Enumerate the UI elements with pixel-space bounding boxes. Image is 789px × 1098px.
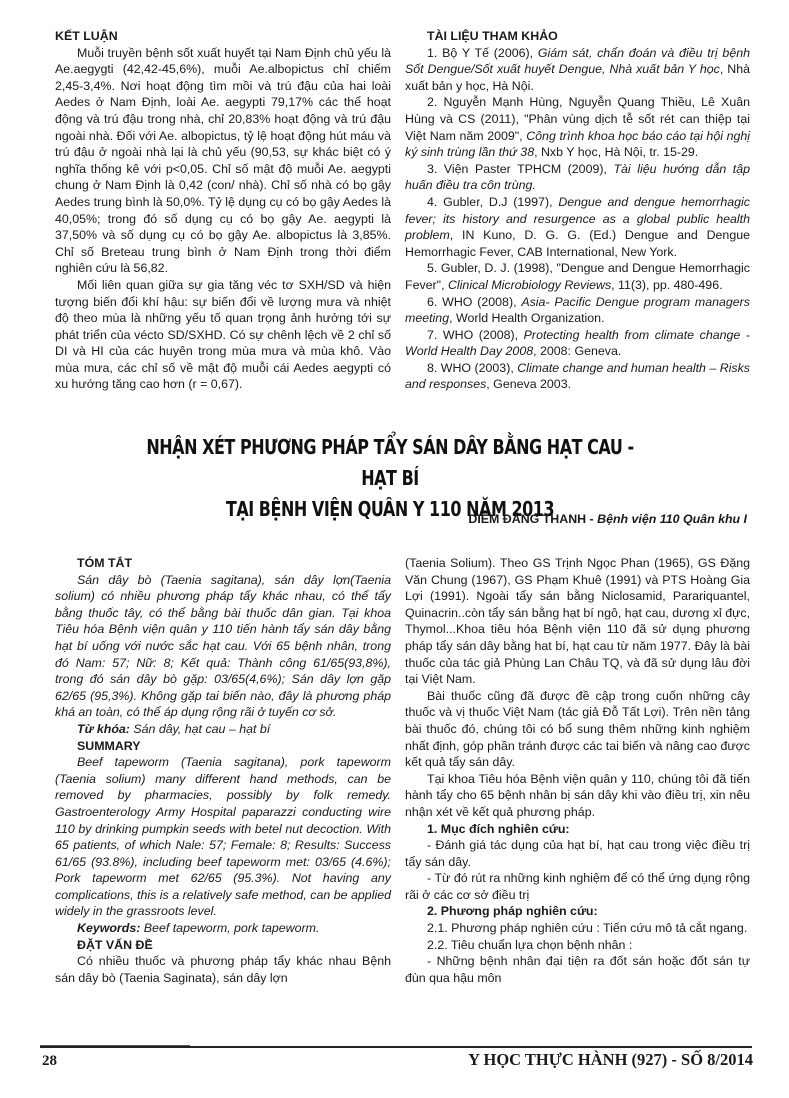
- body-paragraph: - Những bệnh nhân đại tiện ra đốt sán ho…: [405, 953, 750, 986]
- summary-heading: SUMMARY: [55, 738, 391, 755]
- reference-item: 1. Bộ Y Tế (2006), Giám sát, chẩn đoán v…: [405, 45, 750, 95]
- journal-name: Y HỌC THỰC HÀNH (927) - SỐ 8/2014: [468, 1050, 753, 1070]
- body-paragraph: - Từ đó rút ra những kinh nghiệm để có t…: [405, 870, 750, 903]
- body-paragraph: Tại khoa Tiêu hóa Bệnh viện quân y 110, …: [405, 771, 750, 821]
- conclusion-heading: KẾT LUẬN: [55, 28, 391, 45]
- article-title-line-1: NHẬN XÉT PHƯƠNG PHÁP TẨY SÁN DÂY BẰNG HẠ…: [133, 432, 648, 494]
- intro-text: Có nhiều thuốc và phương pháp tẩy khác n…: [55, 953, 391, 986]
- author-name: DIÊM ĐĂNG THANH: [468, 512, 586, 526]
- reference-item: 7. WHO (2008), Protecting health from cl…: [405, 327, 750, 360]
- intro-heading: ĐẶT VẤN ĐỀ: [55, 937, 391, 954]
- body-paragraph: Bài thuốc cũng đã được đề cập trong cuốn…: [405, 688, 750, 771]
- references-heading: TÀI LIỆU THAM KHẢO: [405, 28, 750, 45]
- reference-item: 2. Nguyễn Mạnh Hùng, Nguyễn Quang Thiều,…: [405, 94, 750, 160]
- page-number: 28: [42, 1053, 57, 1070]
- conclusion-paragraph: Mối liên quan giữa sự gia tăng véc tơ SX…: [55, 277, 391, 393]
- keywords-en: Keywords: Beef tapeworm, pork tapeworm.: [55, 920, 391, 937]
- reference-item: 5. Gubler, D. J. (1998), "Dengue and Den…: [405, 260, 750, 293]
- summary-text: Beef tapeworm (Taenia sagitana), pork ta…: [55, 754, 391, 920]
- reference-item: 4. Gubler, D.J (1997), Dengue and dengue…: [405, 194, 750, 260]
- body-paragraph: 2.2. Tiêu chuẩn lựa chọn bệnh nhân :: [405, 937, 750, 954]
- abstract-text: Sán dây bò (Taenia sagitana), sán dây lợ…: [55, 572, 391, 721]
- reference-item: 6. WHO (2008), Asia- Pacific Dengue prog…: [405, 294, 750, 327]
- references-section: TÀI LIỆU THAM KHẢO 1. Bộ Y Tế (2006), Gi…: [405, 28, 750, 393]
- footer-rule: [40, 1046, 752, 1048]
- keywords-vi: Từ khóa: Sán dây, hạt cau – hạt bí: [55, 721, 391, 738]
- reference-item: 3. Viện Paster TPHCM (2009), Tài liệu hư…: [405, 161, 750, 194]
- body-section: (Taenia Solium). Theo GS Trịnh Ngọc Phan…: [405, 555, 750, 986]
- body-paragraph: - Đánh giá tác dụng của hạt bí, hạt cau …: [405, 837, 750, 870]
- section-heading-methods: 2. Phương pháp nghiên cứu:: [405, 903, 750, 920]
- reference-item: 8. WHO (2003), Climate change and human …: [405, 360, 750, 393]
- abstract-heading: TÓM TẮT: [55, 555, 391, 572]
- body-paragraph: (Taenia Solium). Theo GS Trịnh Ngọc Phan…: [405, 555, 750, 688]
- author-byline: DIÊM ĐĂNG THANH - Bệnh viện 110 Quân khu…: [468, 512, 747, 526]
- abstract-section: TÓM TẮT Sán dây bò (Taenia sagitana), sá…: [55, 555, 391, 986]
- author-affiliation: Bệnh viện 110 Quân khu I: [597, 512, 747, 526]
- conclusion-section: KẾT LUẬN Muỗi truyền bệnh sốt xuất huyết…: [55, 28, 391, 393]
- section-heading-objectives: 1. Mục đích nghiên cứu:: [405, 821, 750, 838]
- conclusion-paragraph: Muỗi truyền bệnh sốt xuất huyết tại Nam …: [55, 45, 391, 277]
- body-paragraph: 2.1. Phương pháp nghiên cứu : Tiến cứu m…: [405, 920, 750, 937]
